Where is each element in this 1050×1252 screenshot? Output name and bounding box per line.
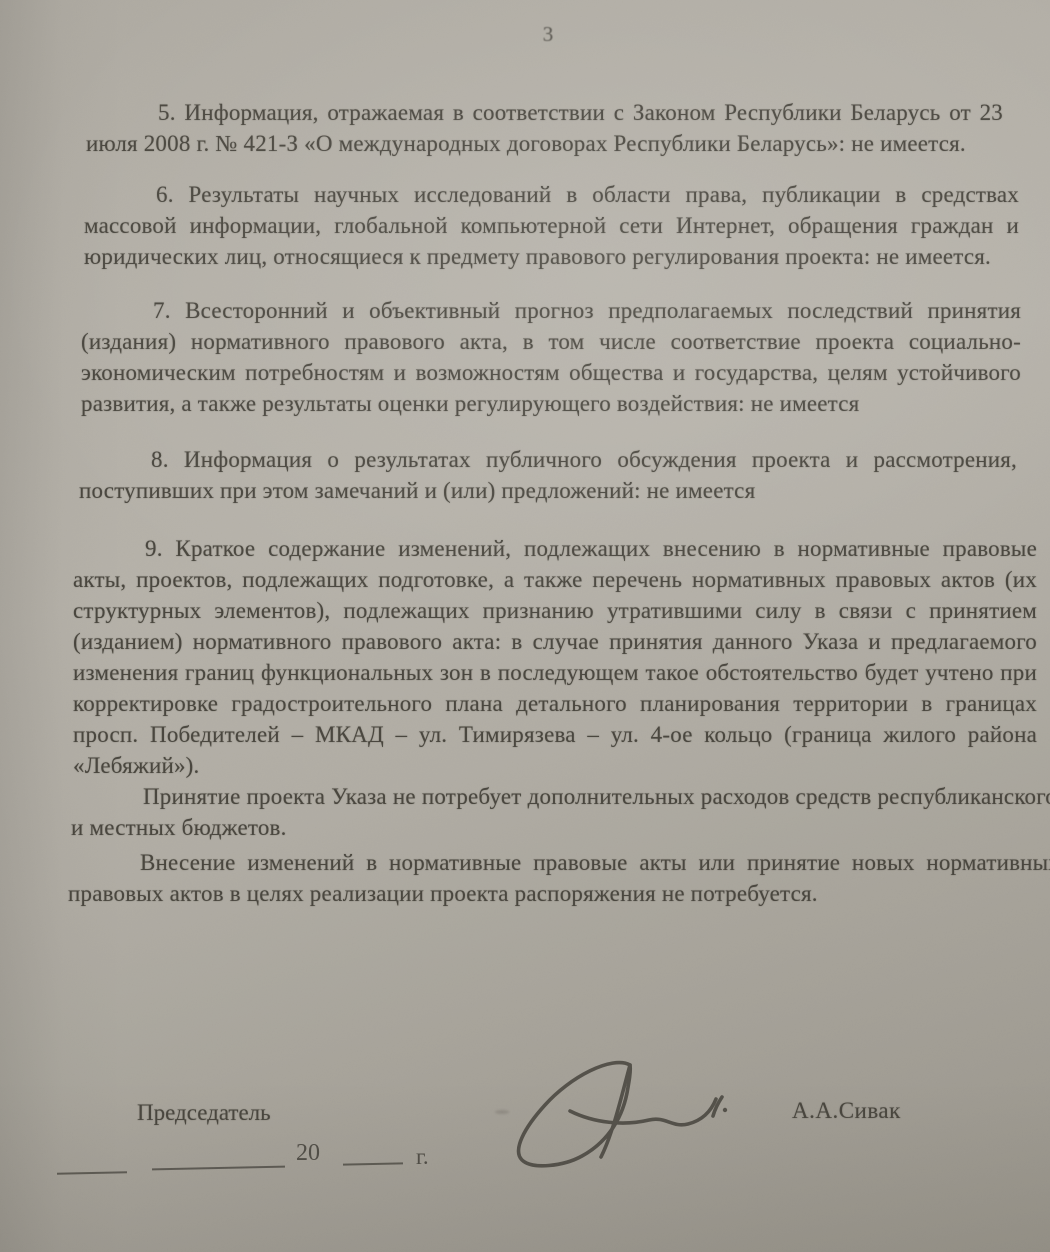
signer-role-label: Председатель [137, 1100, 271, 1126]
date-month-blank-line [152, 1166, 285, 1171]
paragraph-9: 9. Краткое содержание изменений, подлежа… [73, 533, 1037, 781]
date-century-prefix: 20 [296, 1140, 320, 1167]
date-year-abbreviation: г. [416, 1144, 429, 1170]
paragraph-8: 8. Информация о результатах публичного о… [79, 444, 1017, 506]
paragraph-budget-note: Принятие проекта Указа не потребует допо… [71, 781, 1050, 843]
paragraph-7: 7. Всесторонний и объективный прогноз пр… [81, 295, 1021, 419]
paragraph-5: 5. Информация, отражаемая в соответствии… [86, 97, 1003, 159]
document-body: 5. Информация, отражаемая в соответствии… [68, 97, 1043, 909]
handwritten-signature [508, 1053, 738, 1173]
date-day-blank-line [57, 1171, 127, 1174]
signer-name: А.А.Сивак [792, 1098, 901, 1124]
photographed-document-page: 3 5. Информация, отражаемая в соответств… [0, 0, 1050, 1252]
paper-smudge [495, 1110, 509, 1114]
paragraph-6: 6. Результаты научных исследований в обл… [84, 179, 1019, 272]
page-number: 3 [536, 22, 560, 47]
paragraph-amendments-note: Внесение изменений в нормативные правовы… [68, 847, 1050, 909]
date-year-blank-line [343, 1162, 403, 1165]
